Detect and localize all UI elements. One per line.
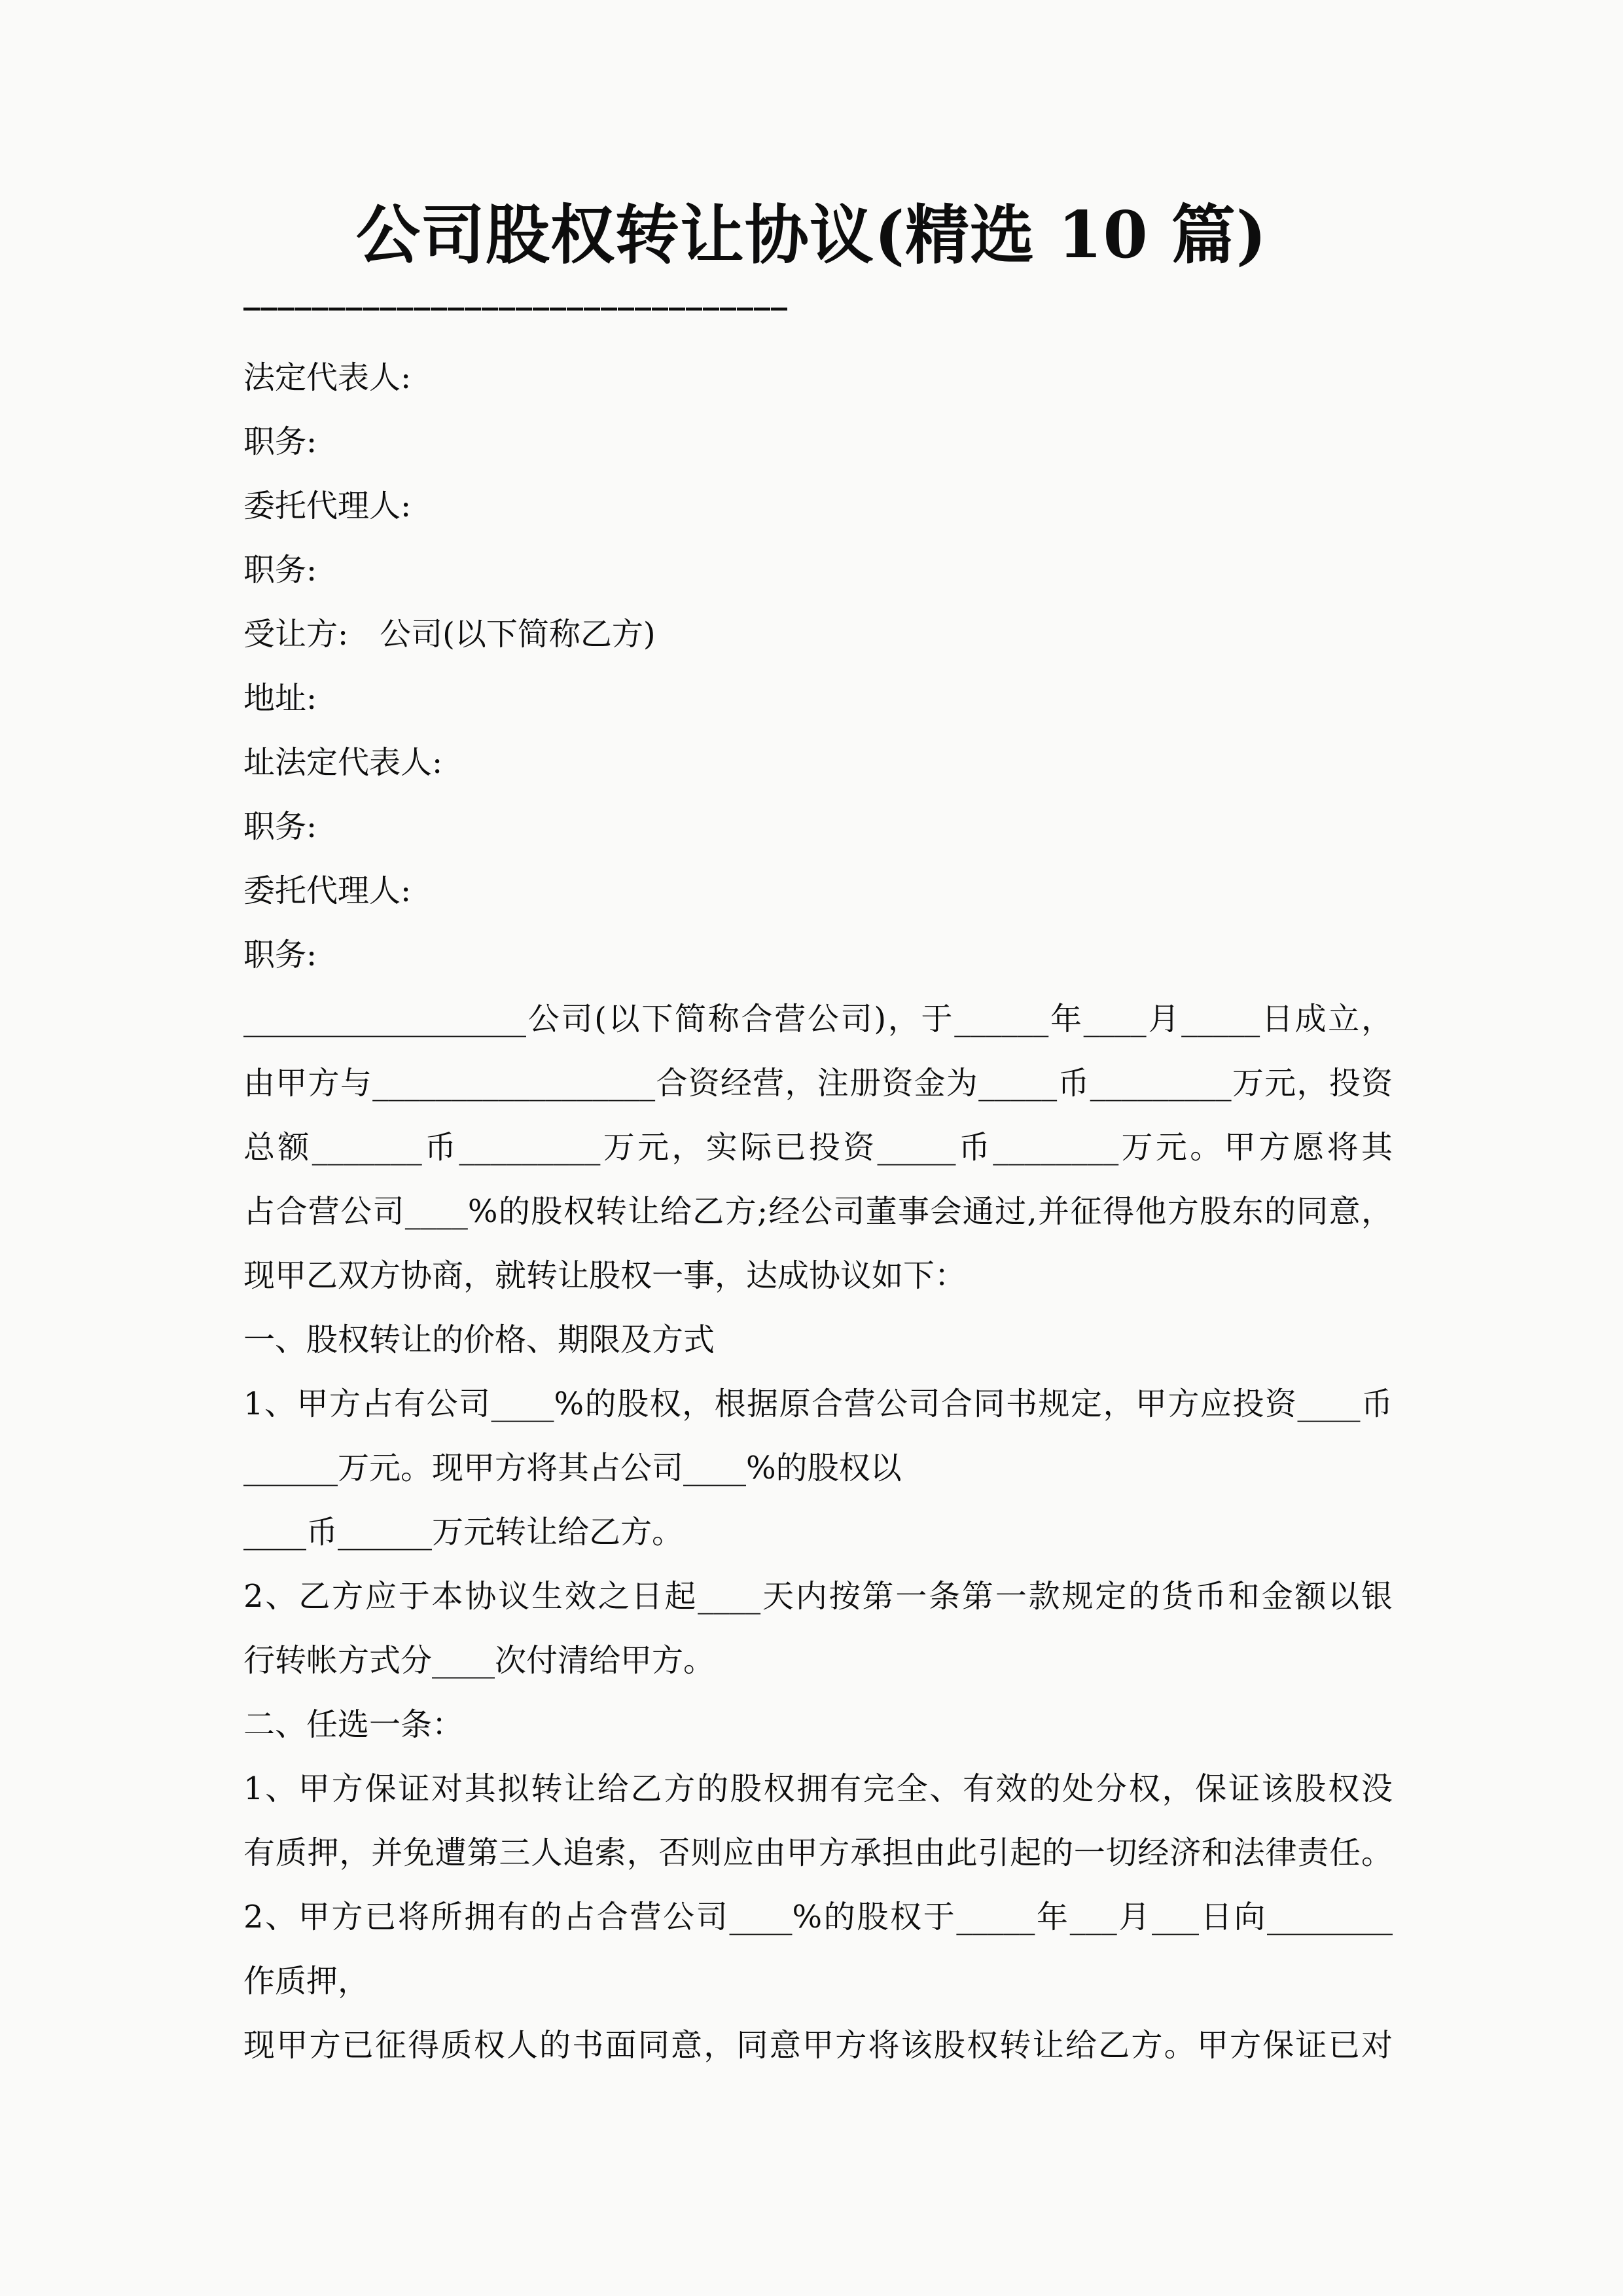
document-body: 法定代表人:职务:委托代理人:职务:受让方: 公司(以下简称乙方)地址:址法定代… [243, 346, 1393, 2077]
document-line: 总额_______币_________万元，实际已投资_____币_______… [243, 1115, 1393, 1179]
document-page: 公司股权转让协议(精选 10 篇) ______________________… [0, 0, 1623, 2296]
document-line: 址法定代表人: [243, 730, 1393, 795]
document-line: 地址: [243, 666, 1393, 730]
document-line: 一、股权转让的价格、期限及方式 [243, 1308, 1393, 1372]
document-line: 职务: [243, 538, 1393, 602]
document-line: ______万元。现甲方将其占公司____%的股权以 [243, 1436, 1393, 1500]
document-line: 二、任选一条： [243, 1693, 1393, 1757]
document-line: 现甲乙双方协商，就转让股权一事，达成协议如下： [243, 1244, 1393, 1308]
document-line: 由甲方与__________________合资经营，注册资金为_____币__… [243, 1051, 1393, 1115]
document-line: 受让方: 公司(以下简称乙方) [243, 602, 1393, 666]
document-line: 1、甲方保证对其拟转让给乙方的股权拥有完全、有效的处分权，保证该股权没 [243, 1757, 1393, 1821]
document-line: 委托代理人: [243, 859, 1393, 923]
document-line: 2、甲方已将所拥有的占合营公司____%的股权于_____年___月___日向_… [243, 1885, 1393, 1949]
document-line: 行转帐方式分____次付清给甲方。 [243, 1628, 1393, 1693]
document-line: 职务: [243, 410, 1393, 474]
document-line: 委托代理人: [243, 474, 1393, 538]
document-line: 作质押， [243, 1949, 1393, 2013]
document-line: 占合营公司____%的股权转让给乙方;经公司董事会通过,并征得他方股东的同意， [243, 1179, 1393, 1244]
document-line: 有质押，并免遭第三人追索，否则应由甲方承担由此引起的一切经济和法律责任。 [243, 1821, 1393, 1885]
document-line: ____币______万元转让给乙方。 [243, 1500, 1393, 1564]
document-title: 公司股权转让协议(精选 10 篇) [0, 200, 1623, 271]
document-line: 1、甲方占有公司____%的股权，根据原合营公司合同书规定，甲方应投资____币 [243, 1372, 1393, 1436]
document-line: __________________公司(以下简称合营公司)，于______年_… [243, 987, 1393, 1051]
document-line: 现甲方已征得质权人的书面同意，同意甲方将该股权转让给乙方。甲方保证已对 [243, 2013, 1393, 2077]
document-line: 职务: [243, 923, 1393, 987]
document-line: 法定代表人: [243, 346, 1393, 410]
document-line: 2、乙方应于本协议生效之日起____天内按第一条第一款规定的货币和金额以银 [243, 1564, 1393, 1628]
separator-dashes: ________________________________ [243, 272, 788, 312]
document-line: 职务: [243, 795, 1393, 859]
